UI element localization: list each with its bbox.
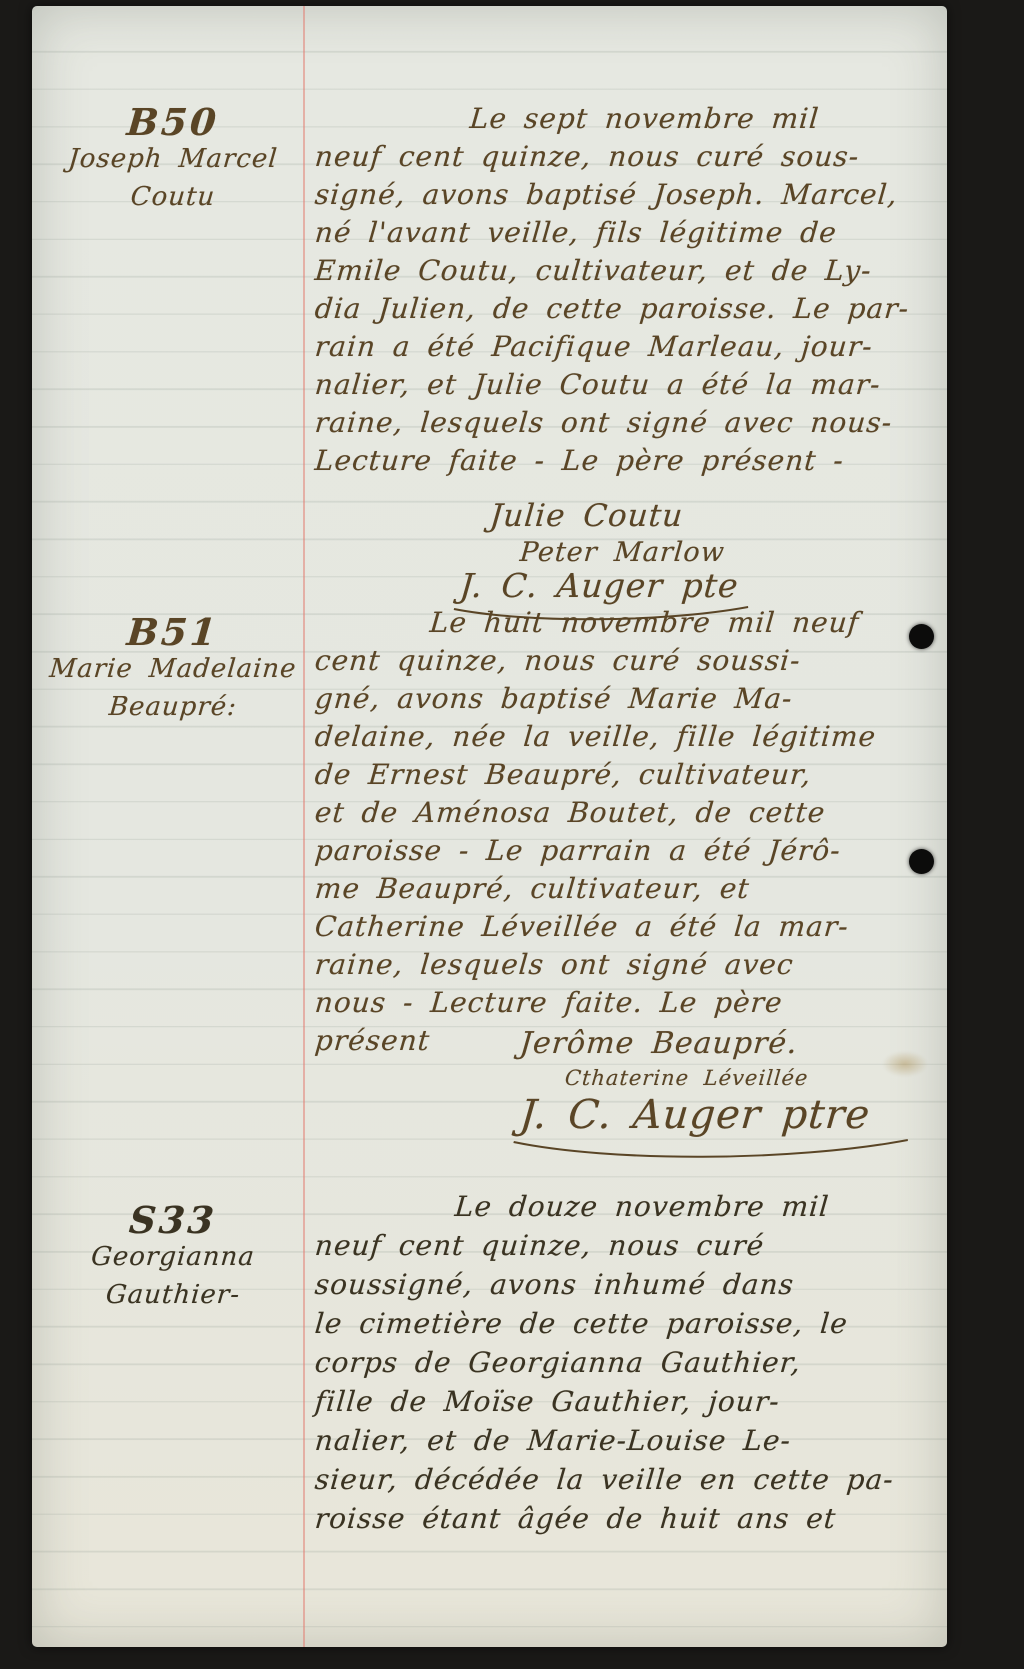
register-body-line: gné, avons baptisé Marie Ma- bbox=[314, 682, 794, 715]
register-body-line: dia Julien, de cette paroisse. Le par- bbox=[314, 292, 911, 325]
register-body-line: fille de Moïse Gauthier, jour- bbox=[314, 1385, 782, 1418]
signature-text: Jerôme Beaupré. bbox=[518, 1026, 799, 1061]
margin-name-line: Marie Madelaine bbox=[43, 654, 304, 684]
register-body-line: rain a été Pacifique Marleau, jour- bbox=[314, 330, 875, 363]
register-body-line: delaine, née la veille, fille légitime bbox=[314, 720, 878, 753]
register-body-line: signé, avons baptisé Joseph. Marcel, bbox=[314, 178, 899, 211]
margin-name-line: Joseph Marcel bbox=[43, 144, 304, 174]
register-body-line: paroisse - Le parrain a été Jérô- bbox=[314, 834, 843, 867]
hole-punch bbox=[909, 849, 934, 874]
register-body-line: Catherine Léveillée a été la mar- bbox=[314, 910, 851, 943]
register-body-line: roisse étant âgée de huit ans et bbox=[314, 1502, 838, 1535]
entry-number: B50 bbox=[42, 100, 304, 144]
signature-text: Cthaterine Léveillée bbox=[564, 1066, 810, 1090]
godfather-signature: Jerôme Beaupré. bbox=[518, 1026, 799, 1061]
signature-text: J. C. Auger ptre bbox=[518, 1092, 872, 1138]
ink-stain bbox=[882, 1051, 928, 1077]
godmother-signature: Cthaterine Léveillée bbox=[564, 1066, 810, 1090]
signature-text: Julie Coutu bbox=[488, 498, 684, 534]
margin-name-line: Georgianna bbox=[43, 1242, 304, 1272]
register-body-line: sieur, décédée la veille en cette pa- bbox=[314, 1463, 896, 1496]
register-body-line: Le sept novembre mil bbox=[469, 102, 821, 135]
register-body-line: Le huit novembre mil neuf bbox=[429, 606, 861, 639]
register-body-line: raine, lesquels ont signé avec bbox=[314, 948, 796, 981]
margin-name-line: Coutu bbox=[43, 182, 304, 212]
register-body-line: cent quinze, nous curé soussi- bbox=[314, 644, 803, 677]
margin-rule-line bbox=[303, 6, 305, 1647]
register-body-line: corps de Georgianna Gauthier, bbox=[314, 1346, 803, 1379]
godfather-signature: Peter Marlow bbox=[519, 537, 727, 568]
register-body-line: neuf cent quinze, nous curé bbox=[314, 1229, 766, 1262]
priest-signature: J. C. Auger ptre bbox=[518, 1092, 872, 1138]
signature-text: Peter Marlow bbox=[519, 537, 727, 568]
register-body-line: et de Aménosa Boutet, de cette bbox=[314, 796, 827, 829]
register-body-line: le cimetière de cette paroisse, le bbox=[314, 1307, 850, 1340]
priest-signature: J. C. Auger pte bbox=[458, 566, 740, 605]
register-body-line: me Beaupré, cultivateur, et bbox=[314, 872, 752, 905]
entry-number: B51 bbox=[42, 610, 304, 654]
entry-number: S33 bbox=[42, 1198, 304, 1242]
register-body-line: raine, lesquels ont signé avec nous- bbox=[314, 406, 894, 439]
register-body-line: soussigné, avons inhumé dans bbox=[314, 1268, 796, 1301]
register-body-line: Le douze novembre mil bbox=[454, 1190, 831, 1223]
hole-punch bbox=[909, 624, 934, 649]
margin-name-line: Beaupré: bbox=[43, 692, 304, 722]
register-paper-sheet: B50Joseph MarcelCoutuLe sept novembre mi… bbox=[32, 6, 947, 1647]
register-body-line: nalier, et de Marie-Louise Le- bbox=[314, 1424, 793, 1457]
register-body-line: neuf cent quinze, nous curé sous- bbox=[314, 140, 861, 173]
register-body-line: nous - Lecture faite. Le père bbox=[314, 986, 785, 1019]
register-body-line: né l'avant veille, fils légitime de bbox=[314, 216, 839, 249]
margin-name-line: Gauthier- bbox=[43, 1280, 304, 1310]
signature-flourish bbox=[510, 1138, 912, 1164]
signature-text: J. C. Auger pte bbox=[458, 566, 740, 605]
godmother-signature: Julie Coutu bbox=[488, 498, 684, 534]
register-body-line: présent bbox=[314, 1024, 432, 1057]
register-body-line: Emile Coutu, cultivateur, et de Ly- bbox=[314, 254, 874, 287]
scanned-register-page: B50Joseph MarcelCoutuLe sept novembre mi… bbox=[0, 0, 1024, 1669]
register-body-line: de Ernest Beaupré, cultivateur, bbox=[314, 758, 813, 791]
register-body-line: Lecture faite - Le père présent - bbox=[314, 444, 846, 477]
register-body-line: nalier, et Julie Coutu a été la mar- bbox=[314, 368, 883, 401]
